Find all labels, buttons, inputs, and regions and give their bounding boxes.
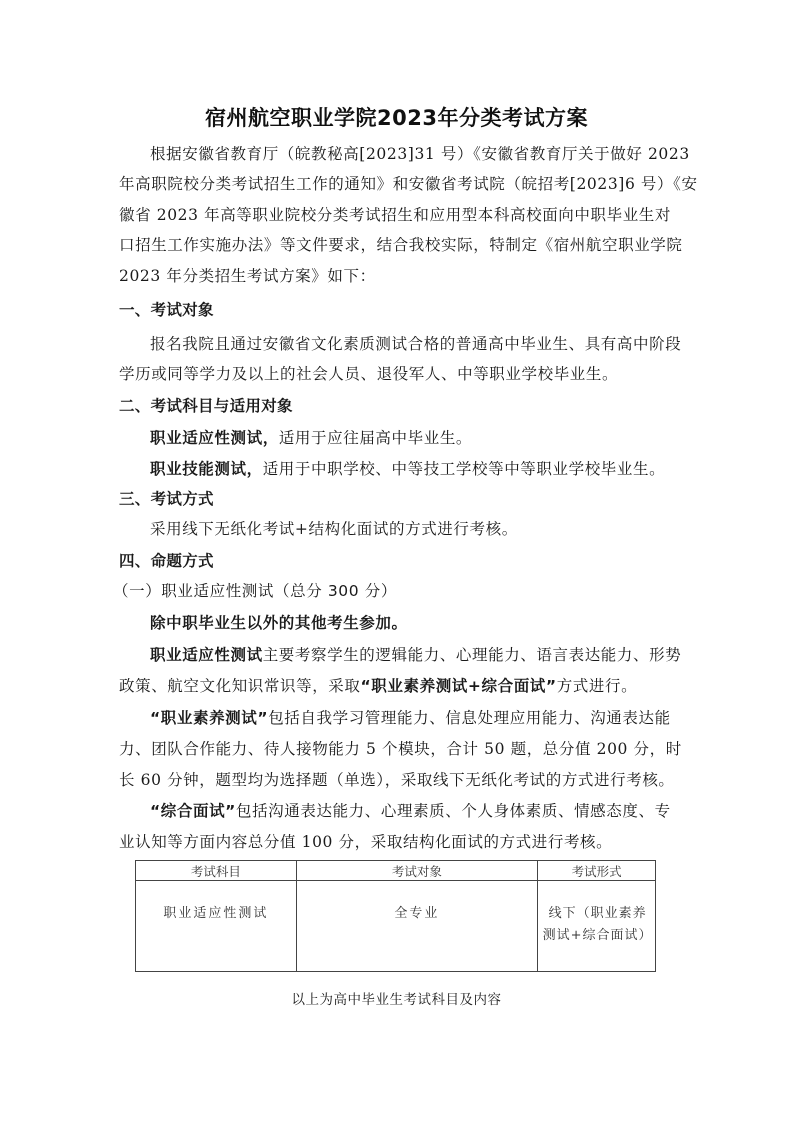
intro-line: 口招生工作实施办法》等文件要求，结合我校实际，特制定《宿州航空职业学院 bbox=[119, 235, 675, 255]
bold-term: “综合面试” bbox=[150, 802, 236, 820]
bold-term: 职业适应性测试 bbox=[150, 646, 263, 664]
subject-desc: 适用于应往届高中毕业生。 bbox=[279, 429, 472, 447]
paragraph-line: 力、团队合作能力、待人接物能力 5 个模块，合计 50 题，总分值 200 分，… bbox=[119, 739, 675, 759]
cell-target: 全专业 bbox=[296, 881, 538, 972]
intro-line: 年高职院校分类考试招生工作的通知》和安徽省考试院（皖招考[2023]6 号）《安 bbox=[119, 174, 675, 194]
subject-desc: 适用于中职学校、中等技工学校等中等职业学校毕业生。 bbox=[263, 460, 666, 478]
document-title: 宿州航空职业学院2023年分类考试方案 bbox=[0, 102, 793, 132]
paragraph-line: 学历或同等学力及以上的社会人员、退役军人、中等职业学校毕业生。 bbox=[119, 364, 675, 384]
subject-name: 职业适应性测试， bbox=[150, 429, 279, 447]
table-caption: 以上为高中毕业生考试科目及内容 bbox=[0, 988, 793, 1008]
subsection-heading: （一）职业适应性测试（总分 300 分） bbox=[113, 581, 669, 601]
paragraph-line: “职业素养测试”包括自我学习管理能力、信息处理应用能力、沟通表达能 bbox=[150, 708, 675, 728]
cell-subject: 职业适应性测试 bbox=[136, 881, 297, 972]
header-target: 考试对象 bbox=[296, 861, 538, 881]
paragraph-line: 采用线下无纸化考试+结构化面试的方式进行考核。 bbox=[150, 519, 675, 539]
cell-format: 线下（职业素养测试+综合面试） bbox=[538, 881, 656, 972]
bold-term: “职业素养测试” bbox=[150, 709, 268, 727]
exam-table: 考试科目 考试对象 考试形式 职业适应性测试 全专业 线下（职业素养测试+综合面… bbox=[135, 860, 656, 972]
intro-line: 徽省 2023 年高等职业院校分类考试招生和应用型本科高校面向中职毕业生对 bbox=[119, 205, 675, 225]
paragraph-line: 长 60 分钟，题型均为选择题（单选），采取线下无纸化考试的方式进行考核。 bbox=[119, 770, 675, 790]
text: 主要考察学生的逻辑能力、心理能力、语言表达能力、形势 bbox=[263, 646, 682, 664]
section-heading: 一、考试对象 bbox=[119, 300, 675, 320]
section-heading: 四、命题方式 bbox=[119, 551, 675, 571]
table-header-row: 考试科目 考试对象 考试形式 bbox=[136, 861, 656, 881]
bold-term: “职业素养测试+综合面试” bbox=[361, 677, 557, 695]
section-heading: 二、考试科目与适用对象 bbox=[119, 396, 675, 416]
text: 方式进行。 bbox=[557, 677, 638, 695]
text: 包括自我学习管理能力、信息处理应用能力、沟通表达能 bbox=[268, 709, 671, 727]
header-subject: 考试科目 bbox=[136, 861, 297, 881]
paragraph-line: 职业适应性测试主要考察学生的逻辑能力、心理能力、语言表达能力、形势 bbox=[150, 645, 675, 665]
table-row: 职业适应性测试 全专业 线下（职业素养测试+综合面试） bbox=[136, 881, 656, 972]
header-format: 考试形式 bbox=[538, 861, 656, 881]
participant-note: 除中职毕业生以外的其他考生参加。 bbox=[150, 613, 675, 633]
paragraph-line: 报名我院且通过安徽省文化素质测试合格的普通高中毕业生、具有高中阶段 bbox=[150, 334, 675, 354]
paragraph-line: “综合面试”包括沟通表达能力、心理素质、个人身体素质、情感态度、专 bbox=[150, 801, 675, 821]
text: 政策、航空文化知识常识等，采取 bbox=[119, 677, 361, 695]
paragraph-line: 政策、航空文化知识常识等，采取“职业素养测试+综合面试”方式进行。 bbox=[119, 676, 675, 696]
subject-item: 职业适应性测试，适用于应往届高中毕业生。 bbox=[150, 428, 675, 448]
document-page: 宿州航空职业学院2023年分类考试方案 根据安徽省教育厅（皖教秘高[2023]3… bbox=[0, 0, 793, 1122]
intro-line: 2023 年分类招生考试方案》如下： bbox=[119, 266, 675, 286]
text: 包括沟通表达能力、心理素质、个人身体素质、情感态度、专 bbox=[236, 802, 671, 820]
paragraph-line: 业认知等方面内容总分值 100 分，采取结构化面试的方式进行考核。 bbox=[119, 832, 675, 852]
intro-line: 根据安徽省教育厅（皖教秘高[2023]31 号）《安徽省教育厅关于做好 2023 bbox=[150, 144, 675, 164]
subject-name: 职业技能测试， bbox=[150, 460, 263, 478]
section-heading: 三、考试方式 bbox=[119, 489, 675, 509]
subject-item: 职业技能测试，适用于中职学校、中等技工学校等中等职业学校毕业生。 bbox=[150, 459, 675, 479]
